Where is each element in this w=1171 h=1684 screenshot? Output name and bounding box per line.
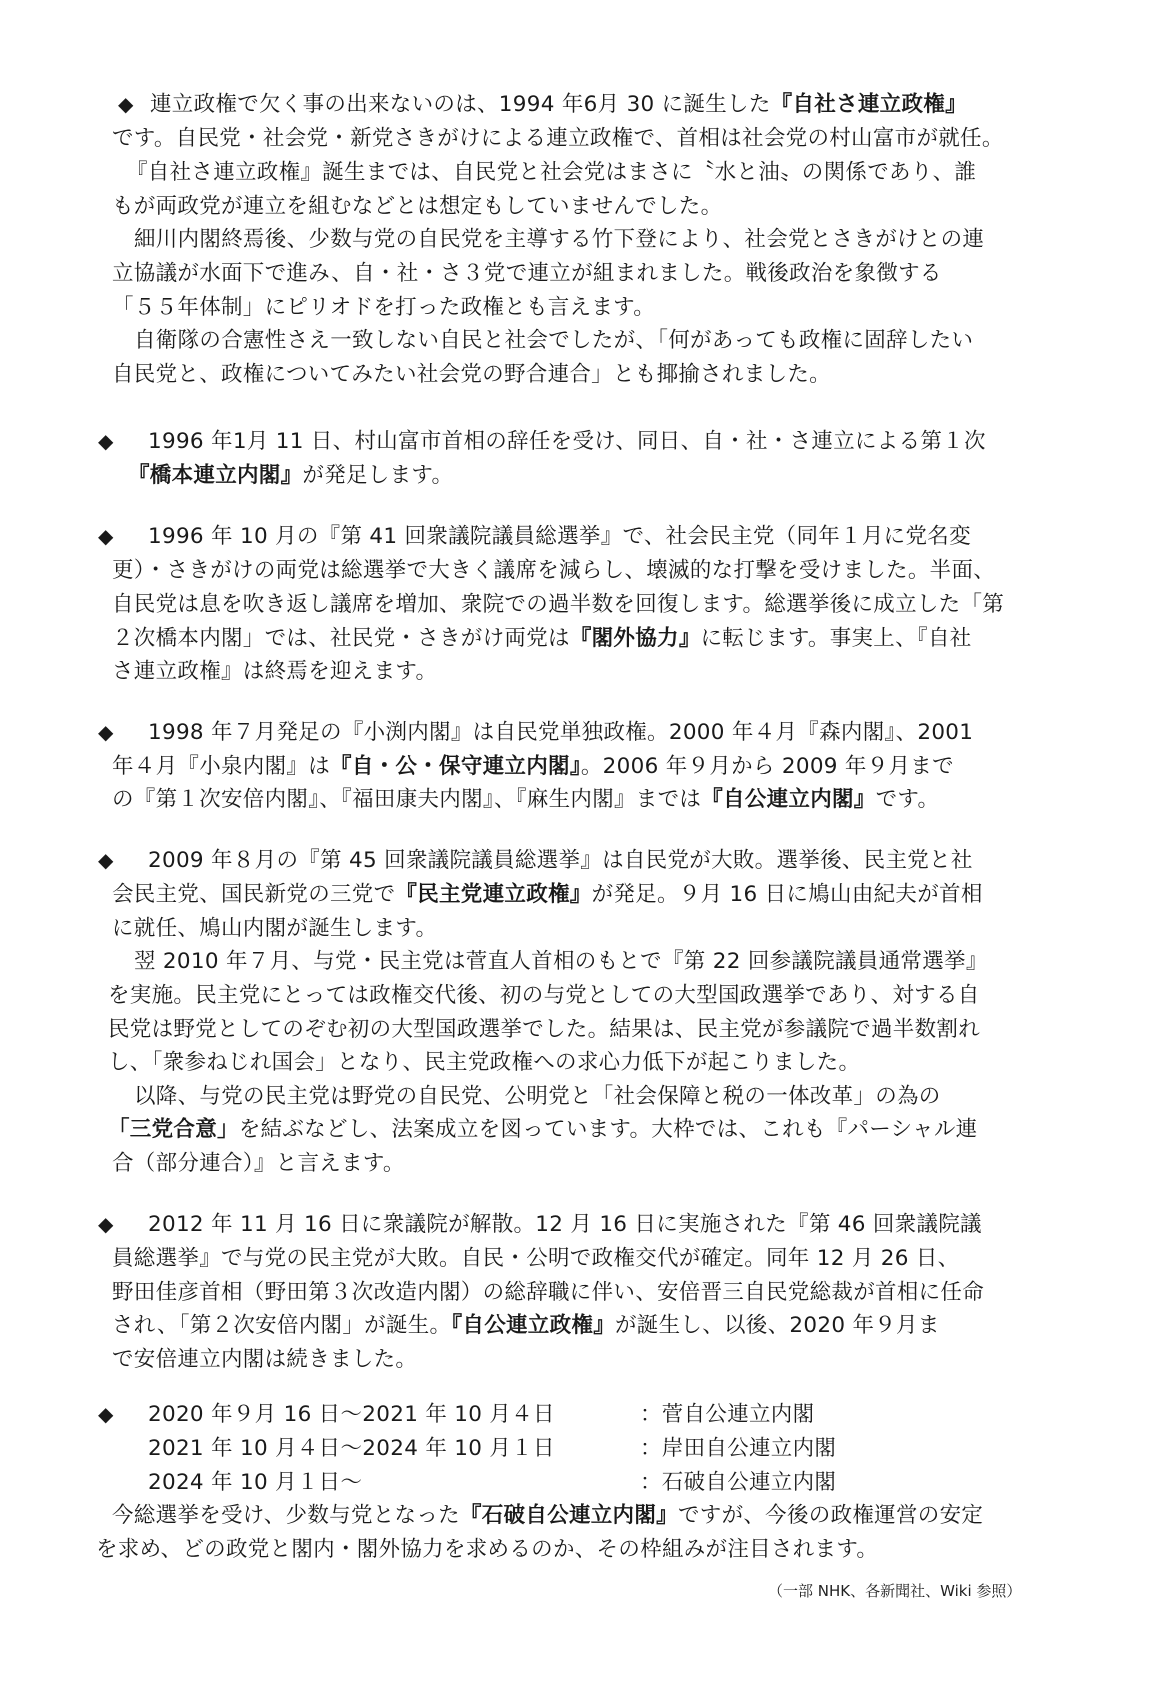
source-note: （一部 NHK、各新聞社、Wiki 参照） xyxy=(768,1580,1021,1602)
s7-line-1: 今総選挙を受け、少数与党となった『石破自公連立内閣』ですが、今後の政権運営の安定 xyxy=(112,1499,983,1532)
s6-line-1: 2012 年 11 月 16 日に衆議院が解散。12 月 16 日に実施された『… xyxy=(148,1208,982,1241)
bullet-diamond-icon: ◆ xyxy=(98,520,113,553)
s6-line-2: 員総選挙』で与党の民主党が大敗。自民・公明で政権交代が確定。同年 12 月 26… xyxy=(112,1242,959,1275)
timeline-cabinet-3: ：石破自公連立内閣 xyxy=(640,1466,836,1499)
timeline-cabinet-2: ：岸田自公連立内閣 xyxy=(640,1432,836,1465)
s6-line-5: で安倍連立内閣は続きました。 xyxy=(112,1343,417,1376)
s1-line-3: 『自社さ連立政権』誕生までは、自民党と社会党はまさに〝水と油〟の関係であり、誰 xyxy=(126,156,976,189)
s5-line-10: 合（部分連合）』と言えます。 xyxy=(112,1147,405,1180)
s5-line-6: 民党は野党としてのぞむ初の大型国政選挙でした。結果は、民主党が参議院で過半数割れ xyxy=(108,1013,980,1046)
s5-line-8: 以降、与党の民主党は野党の自民党、公明党と「社会保障と税の一体改革」の為の xyxy=(134,1080,941,1113)
s7-line-2: を求め、どの政党と閣内・閣外協力を求めるのか、その枠組みが注目されます。 xyxy=(96,1533,878,1566)
timeline-period-2: 2021 年 10 月４日～2024 年 10 月１日 xyxy=(148,1432,555,1465)
s5-line-5: を実施。民主党にとっては政権交代後、初の与党としての大型国政選挙であり、対する自 xyxy=(108,979,980,1012)
s1-line-7: 「５５年体制」にピリオドを打った政権とも言えます。 xyxy=(112,291,655,324)
bullet-diamond-icon: ◆ xyxy=(118,88,133,121)
bullet-diamond-icon: ◆ xyxy=(98,844,113,877)
s3-line-2: 更）・さきがけの両党は総選挙で大きく議席を減らし、壊滅的な打撃を受けました。半面… xyxy=(112,554,995,587)
s3-line-3: 自民党は息を吹き返し議席を増加、衆院での過半数を回復します。総選挙後に成立した「… xyxy=(112,588,1004,621)
s5-line-2: 会民主党、国民新党の三党で『民主党連立政権』が発足。９月 16 日に鳩山由紀夫が… xyxy=(112,878,983,911)
s5-line-4: 翌 2010 年７月、与党・民主党は菅直人首相のもとで『第 22 回参議院議員通… xyxy=(134,945,988,978)
bullet-diamond-icon: ◆ xyxy=(98,1398,113,1431)
s2-line-1: 1996 年1月 11 日、村山富市首相の辞任を受け、同日、自・社・さ連立による… xyxy=(148,425,986,458)
s1-line-8: 自衛隊の合憲性さえ一致しない自民と社会でしたが、「何があっても政権に固辞したい xyxy=(134,324,973,357)
s1-line-4: もが両政党が連立を組むなどとは想定もしていませんでした。 xyxy=(112,190,722,223)
bullet-diamond-icon: ◆ xyxy=(98,1208,113,1241)
s1-line-1: 連立政権で欠く事の出来ないのは、1994 年6月 30 に誕生した『自社さ連立政… xyxy=(150,88,967,121)
timeline-period-1: 2020 年９月 16 日～2021 年 10 月４日 xyxy=(148,1398,555,1431)
s2-line-2: 『橋本連立内閣』が発足します。 xyxy=(128,459,453,492)
bullet-diamond-icon: ◆ xyxy=(98,716,113,749)
s4-line-1: 1998 年７月発足の『小渕内閣』は自民党単独政権。2000 年４月『森内閣』、… xyxy=(148,716,973,749)
bullet-diamond-icon: ◆ xyxy=(98,425,113,458)
s1-line-6: 立協議が水面下で進み、自・社・さ３党で連立が組まれました。戦後政治を象徴する xyxy=(112,257,942,290)
s4-line-3: の『第１次安倍内閣』、『福田康夫内閣』、『麻生内閣』までは『自公連立内閣』です。 xyxy=(112,783,939,816)
s1-line-2: です。自民党・社会党・新党さきがけによる連立政権で、首相は社会党の村山富市が就任… xyxy=(112,122,1004,155)
s1-line-5: 細川内閣終焉後、少数与党の自民党を主導する竹下登により、社会党とさきがけとの連 xyxy=(134,223,984,256)
document-page: ◆ 連立政権で欠く事の出来ないのは、1994 年6月 30 に誕生した『自社さ連… xyxy=(0,0,1171,1684)
timeline-cabinet-1: ：菅自公連立内閣 xyxy=(640,1398,814,1431)
s6-line-3: 野田佳彦首相（野田第３次改造内閣）の総辞職に伴い、安倍晋三自民党総裁が首相に任命 xyxy=(112,1276,984,1309)
s3-line-4: ２次橋本内閣」では、社民党・さきがけ両党は『閣外協力』に転じます。事実上、『自社 xyxy=(112,622,972,655)
s5-line-9: 「三党合意」を結ぶなどし、法案成立を図っています。大枠では、これも『パーシャル連 xyxy=(108,1113,977,1146)
timeline-period-3: 2024 年 10 月１日～ xyxy=(148,1466,362,1499)
s1-line-9: 自民党と、政権についてみたい社会党の野合連合」とも揶揄されました。 xyxy=(112,358,831,391)
s4-line-2: 年４月『小泉内閣』は『自・公・保守連立内閣』。2006 年９月から 2009 年… xyxy=(112,750,954,783)
s6-line-4: され、「第２次安倍内閣」が誕生。『自公連立政権』が誕生し、以後、2020 年９月… xyxy=(112,1309,940,1342)
s3-line-5: さ連立政権』は終焉を迎えます。 xyxy=(112,655,437,688)
s5-line-1: 2009 年８月の『第 45 回衆議院議員総選挙』は自民党が大敗。選挙後、民主党… xyxy=(148,844,973,877)
s5-line-3: に就任、鳩山内閣が誕生します。 xyxy=(112,912,437,945)
s3-line-1: 1996 年 10 月の『第 41 回衆議院議員総選挙』で、社会民主党（同年１月… xyxy=(148,520,971,553)
s5-line-7: し、「衆参ねじれ国会」となり、民主党政権への求心力低下が起こりました。 xyxy=(108,1046,860,1079)
